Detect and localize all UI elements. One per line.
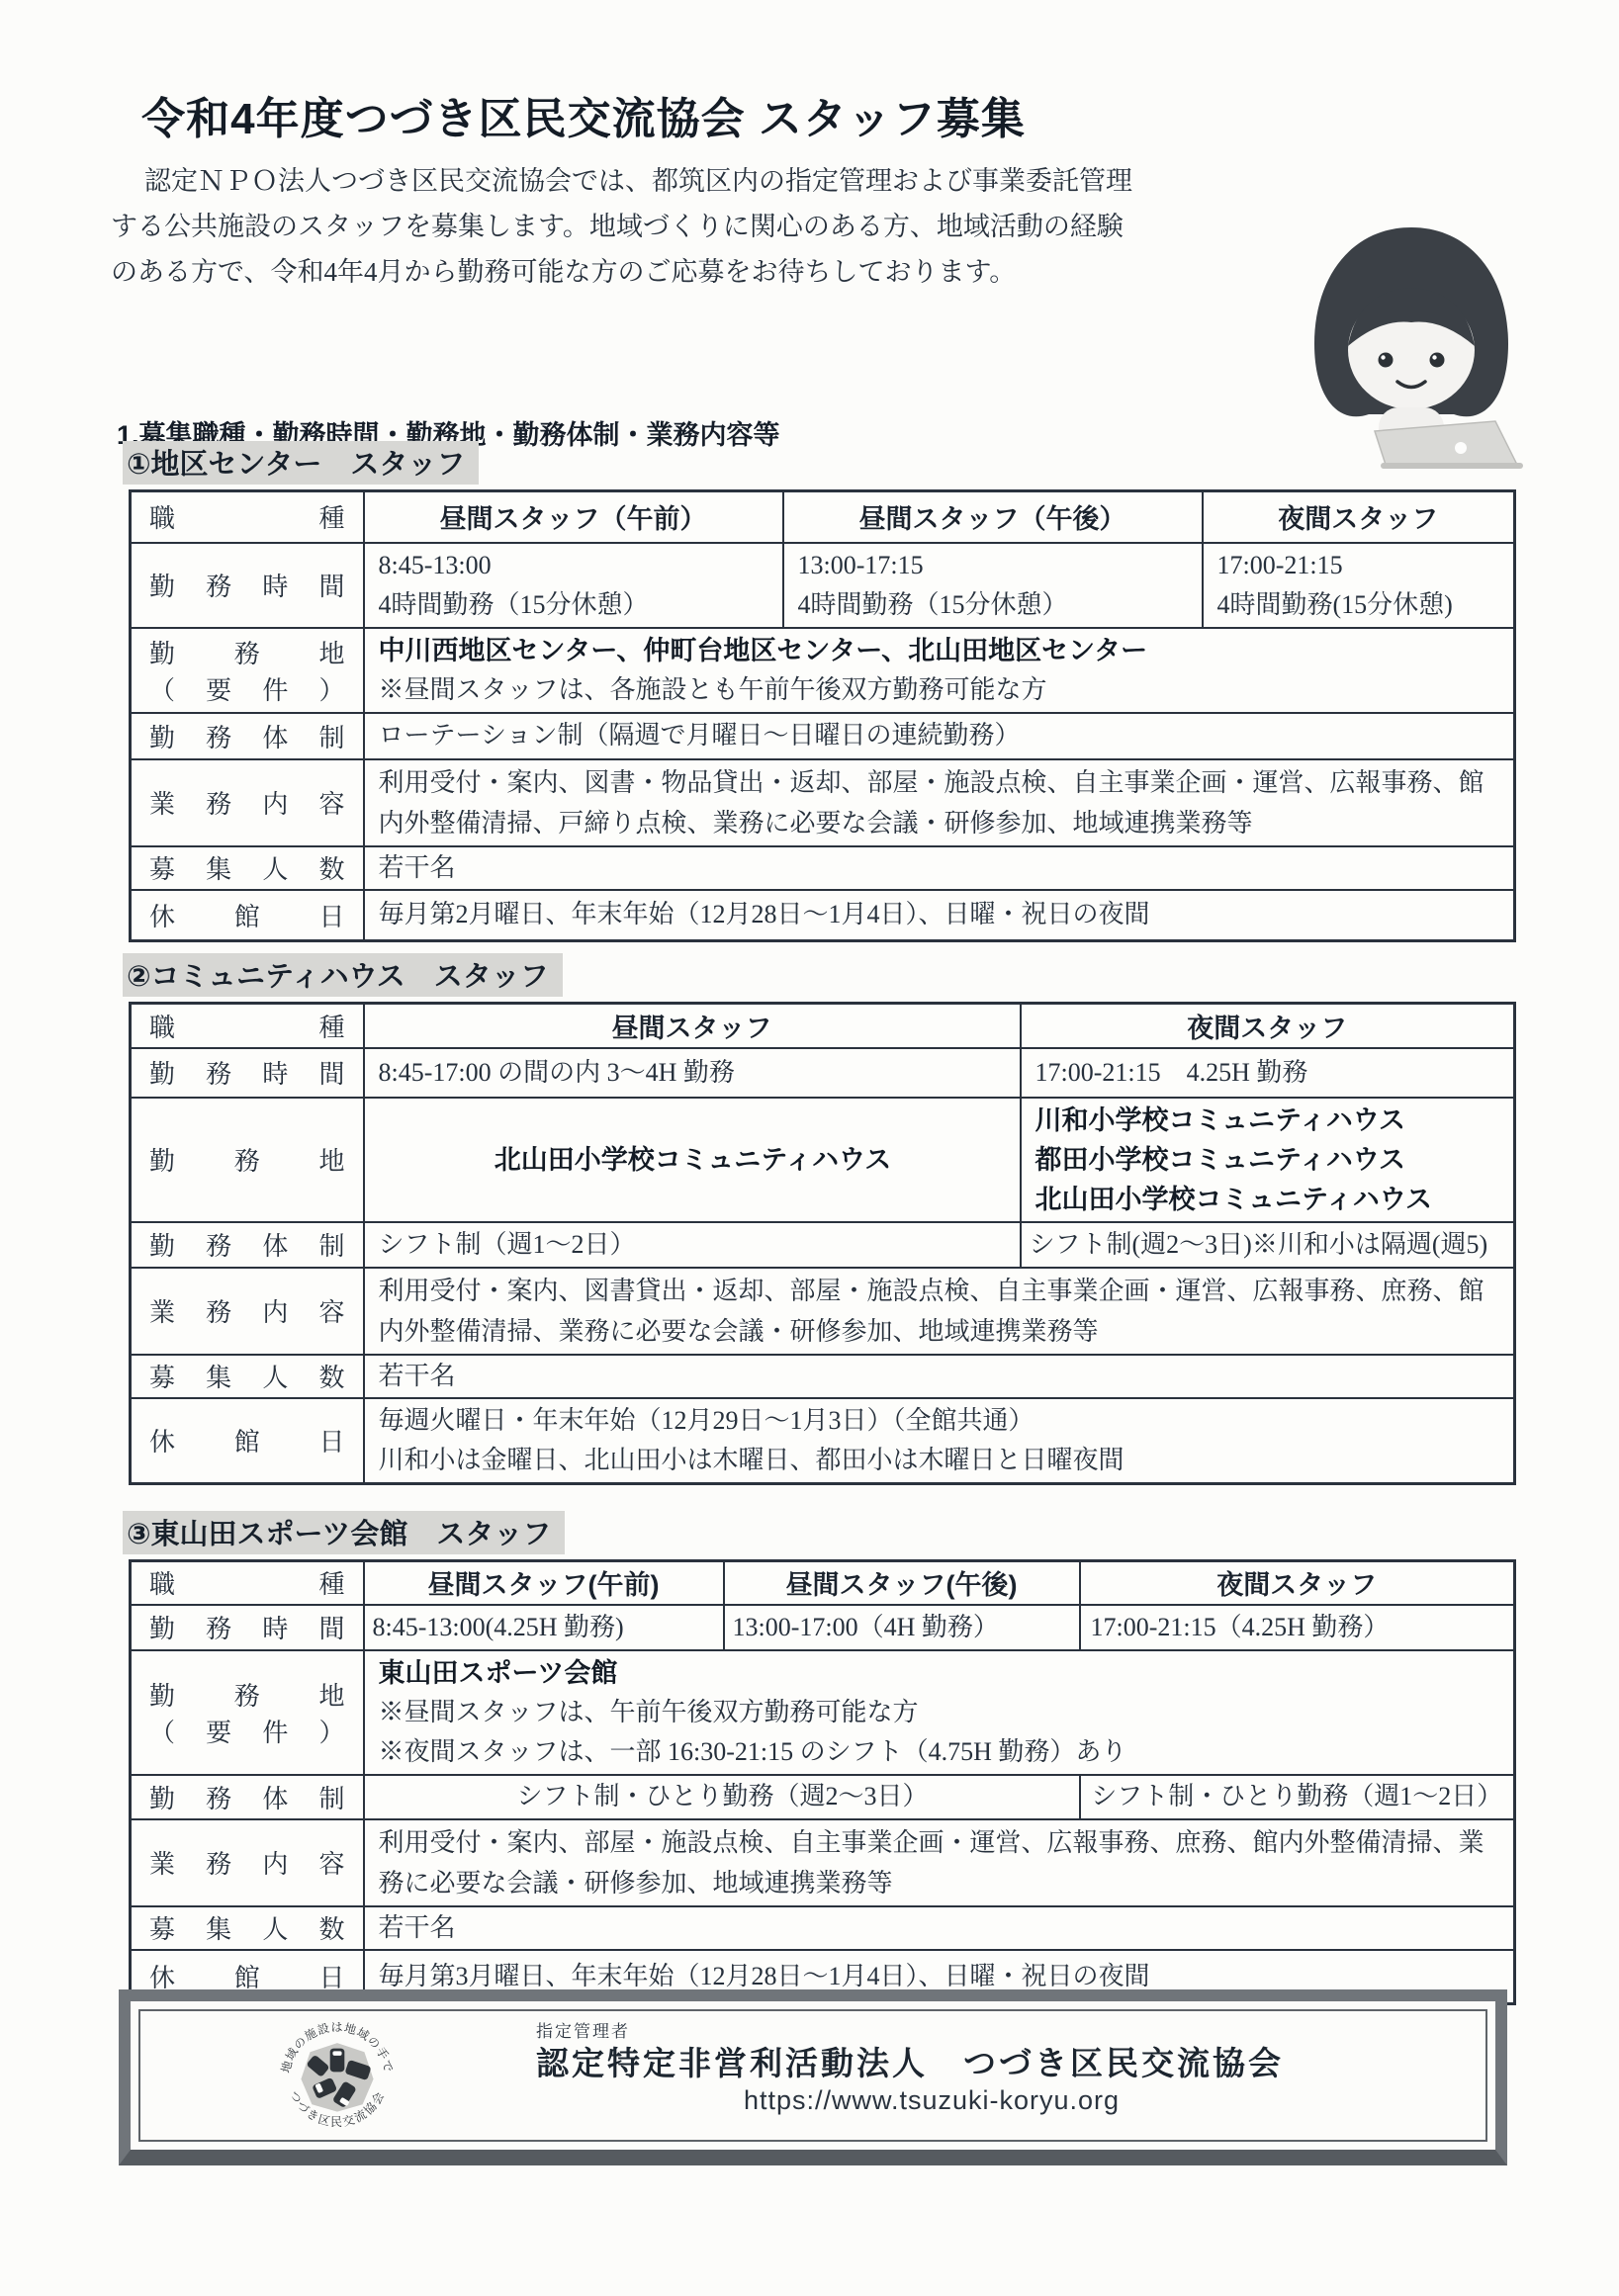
t1-label-hours: 勤 務 時 間 — [131, 543, 364, 628]
t2-system-night: シフト制(週2～3日)※川和小は隔週(週5) — [1021, 1222, 1515, 1268]
designated-manager-label: 指定管理者 — [536, 2017, 1327, 2042]
t3-place-cell: 東山田スポーツ会館 ※昼間スタッフは、午前午後双方勤務可能な方 ※夜間スタッフは… — [364, 1650, 1515, 1775]
community-house-section: ②コミュニティハウス スタッフ 職 種 昼間スタッフ 夜間スタッフ 勤 務 時 … — [129, 953, 1516, 1485]
t2-place-night: 川和小学校コミュニティハウス 都田小学校コミュニティハウス 北山田小学校コミュニ… — [1021, 1098, 1515, 1222]
table-row: 休 館 日 毎月第2月曜日、年末年始（12月28日～1月4日）、日曜・祝日の夜間 — [131, 890, 1515, 941]
page-title: 令和4年度つづき区民交流協会 スタッフ募集 — [0, 83, 1167, 146]
place-facility: 都田小学校コミュニティハウス — [1035, 1140, 1502, 1180]
hours-note: 4時間勤務(15分休憩) — [1217, 585, 1502, 625]
table-row: 業 務 内 容 利用受付・案内、部屋・施設点検、自主事業企画・運営、広報事務、庶… — [131, 1819, 1515, 1906]
t2-label-hours: 勤 務 時 間 — [131, 1048, 364, 1098]
t2-label-system: 勤 務 体 制 — [131, 1222, 364, 1268]
t3-hours-day-am: 8:45-13:00(4.25H 勤務) — [364, 1605, 724, 1650]
t1-header-day-am: 昼間スタッフ（午前） — [364, 491, 783, 543]
t1-header-job-type: 職 種 — [131, 491, 364, 543]
table-row: 勤 務 地 （ 要 件 ） 東山田スポーツ会館 ※昼間スタッフは、午前午後双方勤… — [131, 1650, 1515, 1775]
t1-hours-day-am: 8:45-13:00 4時間勤務（15分休憩） — [364, 543, 783, 628]
closed-line: 川和小は金曜日、北山田小は木曜日、都田小は木曜日と日曜夜間 — [379, 1441, 1502, 1480]
hours-time: 13:00-17:15 — [798, 546, 1190, 585]
t1-label-people: 募 集 人 数 — [131, 846, 364, 890]
intro-line-1: 認定ＮＰＯ法人つづき区民交流協会では、都筑区内の指定管理および事業委託管理 — [111, 158, 1001, 204]
woman-at-laptop-illustration — [1258, 220, 1565, 469]
t2-hours-day: 8:45-17:00 の間の内 3～4H 勤務 — [364, 1048, 1021, 1098]
t2-label-duties: 業 務 内 容 — [131, 1268, 364, 1355]
t1-hours-night: 17:00-21:15 4時間勤務(15分休憩) — [1203, 543, 1515, 628]
table2-caption: ②コミュニティハウス スタッフ — [123, 953, 563, 997]
table-row: 勤 務 時 間 8:45-13:00 4時間勤務（15分休憩） 13:00-17… — [131, 543, 1515, 628]
label-line: （ 要 件 ） — [149, 670, 345, 707]
t1-place-cell: 中川西地区センター、仲町台地区センター、北山田地区センター ※昼間スタッフは、各… — [364, 628, 1515, 713]
t2-place-day: 北山田小学校コミュニティハウス — [364, 1098, 1021, 1222]
t2-hours-night: 17:00-21:15 4.25H 勤務 — [1021, 1048, 1515, 1098]
t2-system-day: シフト制（週1～2日） — [364, 1222, 1021, 1268]
intro-line-3: のある方で、令和4年4月から勤務可能な方のご応募をお待ちしております。 — [111, 249, 1001, 295]
table-row: 勤 務 地 北山田小学校コミュニティハウス 川和小学校コミュニティハウス 都田小… — [131, 1098, 1515, 1222]
t2-people-cell: 若干名 — [364, 1355, 1515, 1398]
t2-duties-cell: 利用受付・案内、図書貸出・返却、部屋・施設点検、自主事業企画・運営、広報事務、庶… — [364, 1268, 1515, 1355]
t3-system-day: シフト制・ひとり勤務（週2～3日） — [364, 1775, 1080, 1819]
t1-system-cell: ローテーション制（隔週で月曜日～日曜日の連続勤務） — [364, 713, 1515, 759]
label-line: 勤 務 地 — [149, 634, 345, 670]
t3-header-day-pm: 昼間スタッフ(午後) — [724, 1561, 1080, 1605]
table-community-house-staff: 職 種 昼間スタッフ 夜間スタッフ 勤 務 時 間 8:45-17:00 の間の… — [129, 1002, 1516, 1485]
t3-label-system: 勤 務 体 制 — [131, 1775, 364, 1819]
table-row: 勤 務 地 （ 要 件 ） 中川西地区センター、仲町台地区センター、北山田地区セ… — [131, 628, 1515, 713]
t3-header-job-type: 職 種 — [131, 1561, 364, 1605]
table-row: 勤 務 時 間 8:45-17:00 の間の内 3～4H 勤務 17:00-21… — [131, 1048, 1515, 1098]
organization-name: 認定特定非営利活動法人 つづき区民交流協会 — [536, 2042, 1327, 2085]
table-row: 業 務 内 容 利用受付・案内、図書貸出・返却、部屋・施設点検、自主事業企画・運… — [131, 1268, 1515, 1355]
table-row: 職 種 昼間スタッフ（午前） 昼間スタッフ（午後） 夜間スタッフ — [131, 491, 1515, 543]
table-row: 勤 務 体 制 シフト制・ひとり勤務（週2～3日） シフト制・ひとり勤務（週1～… — [131, 1775, 1515, 1819]
footer-text-block: 指定管理者 認定特定非営利活動法人 つづき区民交流協会 https://www.… — [536, 2017, 1327, 2116]
t3-duties-cell: 利用受付・案内、部屋・施設点検、自主事業企画・運営、広報事務、庶務、館内外整備清… — [364, 1819, 1515, 1906]
hours-note: 4時間勤務（15分休憩） — [379, 585, 770, 625]
intro-paragraph: 認定ＮＰＯ法人つづき区民交流協会では、都筑区内の指定管理および事業委託管理 する… — [111, 158, 1001, 295]
place-note: ※昼間スタッフは、午前午後双方勤務可能な方 — [379, 1693, 1502, 1732]
footer-inner-frame: 地域の施設は地域の手で つづき区民交流協会 指定管理者 認定特定非営利活動法人 … — [138, 2009, 1487, 2142]
t1-header-day-pm: 昼間スタッフ（午後） — [783, 491, 1203, 543]
intro-line-2: する公共施設のスタッフを募集します。地域づくりに関心のある方、地域活動の経験 — [111, 204, 1001, 249]
place-facility: 川和小学校コミュニティハウス — [1035, 1101, 1502, 1140]
website-url: https://www.tsuzuki-koryu.org — [536, 2085, 1327, 2116]
place-facilities: 中川西地区センター、仲町台地区センター、北山田地区センター — [379, 631, 1502, 670]
table-district-center-staff: 職 種 昼間スタッフ（午前） 昼間スタッフ（午後） 夜間スタッフ 勤 務 時 間… — [129, 489, 1516, 942]
t3-label-duties: 業 務 内 容 — [131, 1819, 364, 1906]
table-row: 募 集 人 数 若干名 — [131, 1906, 1515, 1950]
closed-line: 毎週火曜日・年末年始（12月29日～1月3日）（全館共通） — [379, 1401, 1502, 1441]
table1-caption: ①地区センター スタッフ — [123, 441, 479, 485]
place-facility: 東山田スポーツ会館 — [379, 1653, 1502, 1693]
t1-header-night: 夜間スタッフ — [1203, 491, 1515, 543]
t2-closed-cell: 毎週火曜日・年末年始（12月29日～1月3日）（全館共通） 川和小は金曜日、北山… — [364, 1398, 1515, 1484]
district-center-section: ①地区センター スタッフ 職 種 昼間スタッフ（午前） 昼間スタッフ（午後） 夜… — [129, 441, 1516, 942]
t3-header-day-am: 昼間スタッフ(午前) — [364, 1561, 724, 1605]
hours-time: 8:45-13:00 — [379, 546, 770, 585]
footer-box: 地域の施設は地域の手で つづき区民交流協会 指定管理者 認定特定非営利活動法人 … — [119, 1989, 1507, 2165]
label-line: 勤 務 地 — [149, 1676, 345, 1713]
t1-label-duties: 業 務 内 容 — [131, 759, 364, 846]
table-sports-hall-staff: 職 種 昼間スタッフ(午前) 昼間スタッフ(午後) 夜間スタッフ 勤 務 時 間… — [129, 1559, 1516, 2005]
table-row: 勤 務 体 制 ローテーション制（隔週で月曜日～日曜日の連続勤務） — [131, 713, 1515, 759]
t1-hours-day-pm: 13:00-17:15 4時間勤務（15分休憩） — [783, 543, 1203, 628]
table-row: 職 種 昼間スタッフ 夜間スタッフ — [131, 1004, 1515, 1048]
table-row: 勤 務 体 制 シフト制（週1～2日） シフト制(週2～3日)※川和小は隔週(週… — [131, 1222, 1515, 1268]
t1-label-closed: 休 館 日 — [131, 890, 364, 941]
t1-duties-cell: 利用受付・案内、図書・物品貸出・返却、部屋・施設点検、自主事業企画・運営、広報事… — [364, 759, 1515, 846]
t2-label-place: 勤 務 地 — [131, 1098, 364, 1222]
table-row: 業 務 内 容 利用受付・案内、図書・物品貸出・返却、部屋・施設点検、自主事業企… — [131, 759, 1515, 846]
table-row: 募 集 人 数 若干名 — [131, 846, 1515, 890]
t2-header-day: 昼間スタッフ — [364, 1004, 1021, 1048]
t3-hours-night: 17:00-21:15（4.25H 勤務） — [1080, 1605, 1515, 1650]
t3-label-hours: 勤 務 時 間 — [131, 1605, 364, 1650]
t2-header-job-type: 職 種 — [131, 1004, 364, 1048]
hours-note: 4時間勤務（15分休憩） — [798, 585, 1190, 625]
table-row: 勤 務 時 間 8:45-13:00(4.25H 勤務) 13:00-17:00… — [131, 1605, 1515, 1650]
table3-caption: ③東山田スポーツ会館 スタッフ — [123, 1511, 565, 1554]
t3-header-night: 夜間スタッフ — [1080, 1561, 1515, 1605]
scanned-document-page: 令和4年度つづき区民交流協会 スタッフ募集 認定ＮＰＯ法人つづき区民交流協会では… — [0, 0, 1619, 2296]
hours-time: 17:00-21:15 — [1217, 546, 1502, 585]
t3-hours-day-pm: 13:00-17:00（4H 勤務） — [724, 1605, 1080, 1650]
t1-label-place: 勤 務 地 （ 要 件 ） — [131, 628, 364, 713]
t1-people-cell: 若干名 — [364, 846, 1515, 890]
table-row: 職 種 昼間スタッフ(午前) 昼間スタッフ(午後) 夜間スタッフ — [131, 1561, 1515, 1605]
t3-system-night: シフト制・ひとり勤務（週1～2日） — [1080, 1775, 1515, 1819]
sports-hall-section: ③東山田スポーツ会館 スタッフ 職 種 昼間スタッフ(午前) 昼間スタッフ(午後… — [129, 1511, 1516, 2005]
place-note: ※昼間スタッフは、各施設とも午前午後双方勤務可能な方 — [379, 670, 1502, 710]
t2-label-people: 募 集 人 数 — [131, 1355, 364, 1398]
t3-label-people: 募 集 人 数 — [131, 1906, 364, 1950]
association-logo: 地域の施設は地域の手で つづき区民交流協会 — [274, 2012, 401, 2139]
t1-label-system: 勤 務 体 制 — [131, 713, 364, 759]
place-note: ※夜間スタッフは、一部 16:30-21:15 のシフト（4.75H 勤務）あり — [379, 1732, 1502, 1772]
t3-label-place: 勤 務 地 （ 要 件 ） — [131, 1650, 364, 1775]
place-facility: 北山田小学校コミュニティハウス — [495, 1145, 892, 1175]
place-facility: 北山田小学校コミュニティハウス — [1035, 1180, 1502, 1219]
label-line: （ 要 件 ） — [149, 1713, 345, 1749]
t2-label-closed: 休 館 日 — [131, 1398, 364, 1484]
t2-header-night: 夜間スタッフ — [1021, 1004, 1515, 1048]
t3-people-cell: 若干名 — [364, 1906, 1515, 1950]
table-row: 休 館 日 毎週火曜日・年末年始（12月29日～1月3日）（全館共通） 川和小は… — [131, 1398, 1515, 1484]
t1-closed-cell: 毎月第2月曜日、年末年始（12月28日～1月4日）、日曜・祝日の夜間 — [364, 890, 1515, 941]
table-row: 募 集 人 数 若干名 — [131, 1355, 1515, 1398]
